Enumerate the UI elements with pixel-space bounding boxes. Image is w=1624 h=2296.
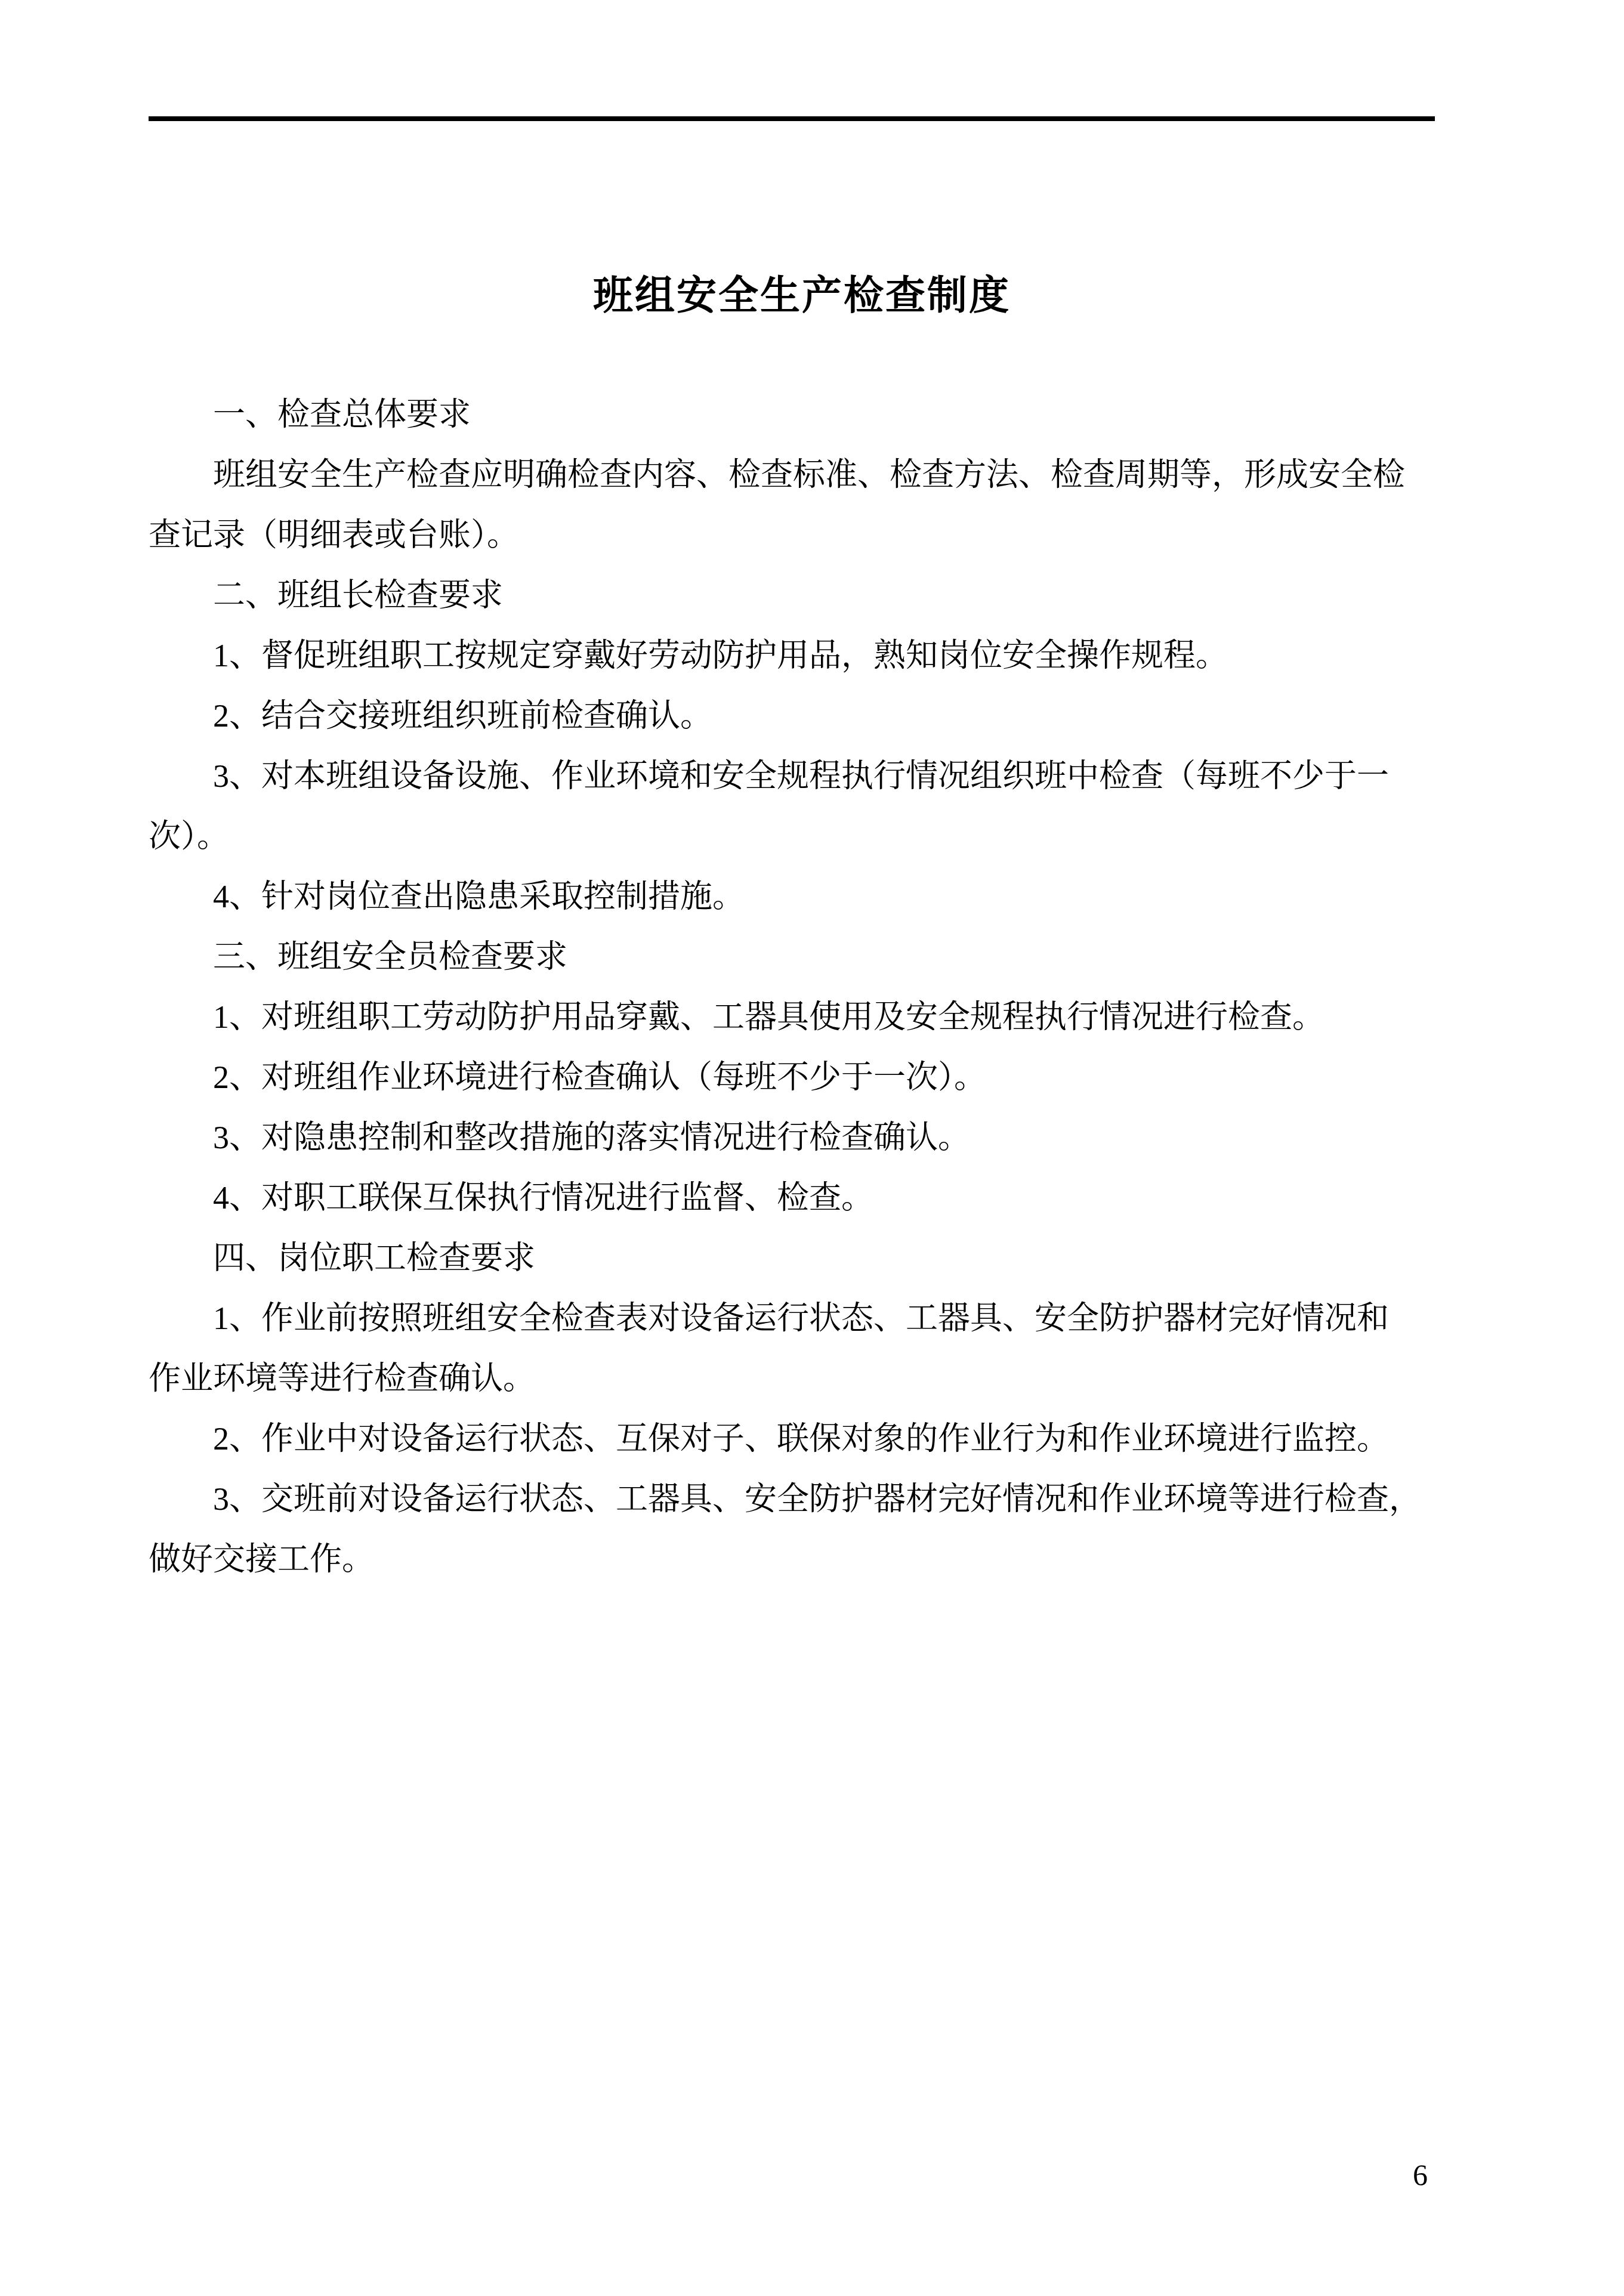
document-body: 一、检查总体要求班组安全生产检查应明确检查内容、检查标准、检查方法、检查周期等，… xyxy=(149,385,1467,1590)
text-line: 2、对班组作业环境进行检查确认（每班不少于一次）。 xyxy=(149,1047,1467,1108)
text-line: 查记录（明细表或台账）。 xyxy=(149,505,1467,565)
text-line: 二、班组长检查要求 xyxy=(149,565,1467,626)
text-line: 3、交班前对设备运行状态、工器具、安全防护器材完好情况和作业环境等进行检查， xyxy=(149,1469,1467,1529)
text-line: 4、对职工联保互保执行情况进行监督、检查。 xyxy=(149,1168,1467,1228)
text-line: 四、岗位职工检查要求 xyxy=(149,1228,1467,1288)
text-line: 一、检查总体要求 xyxy=(149,385,1467,445)
text-line: 3、对隐患控制和整改措施的落实情况进行检查确认。 xyxy=(149,1108,1467,1168)
document-page: 班组安全生产检查制度 一、检查总体要求班组安全生产检查应明确检查内容、检查标准、… xyxy=(0,0,1624,2296)
text-line: 4、针对岗位查出隐患采取控制措施。 xyxy=(149,867,1467,927)
text-line: 次）。 xyxy=(149,806,1467,867)
text-line: 1、对班组职工劳动防护用品穿戴、工器具使用及安全规程执行情况进行检查。 xyxy=(149,987,1467,1047)
text-line: 做好交接工作。 xyxy=(149,1529,1467,1590)
text-line: 1、作业前按照班组安全检查表对设备运行状态、工器具、安全防护器材完好情况和 xyxy=(149,1288,1467,1349)
text-line: 3、对本班组设备设施、作业环境和安全规程执行情况组织班中检查（每班不少于一 xyxy=(149,746,1467,806)
text-line: 三、班组安全员检查要求 xyxy=(149,927,1467,987)
page-number: 6 xyxy=(1413,2157,1428,2193)
text-line: 2、作业中对设备运行状态、互保对子、联保对象的作业行为和作业环境进行监控。 xyxy=(149,1409,1467,1469)
text-line: 2、结合交接班组织班前检查确认。 xyxy=(149,686,1467,746)
header-rule xyxy=(149,116,1435,121)
text-line: 班组安全生产检查应明确检查内容、检查标准、检查方法、检查周期等，形成安全检 xyxy=(149,445,1467,505)
text-line: 1、督促班组职工按规定穿戴好劳动防护用品，熟知岗位安全操作规程。 xyxy=(149,626,1467,686)
text-line: 作业环境等进行检查确认。 xyxy=(149,1349,1467,1409)
document-title: 班组安全生产检查制度 xyxy=(149,270,1455,322)
